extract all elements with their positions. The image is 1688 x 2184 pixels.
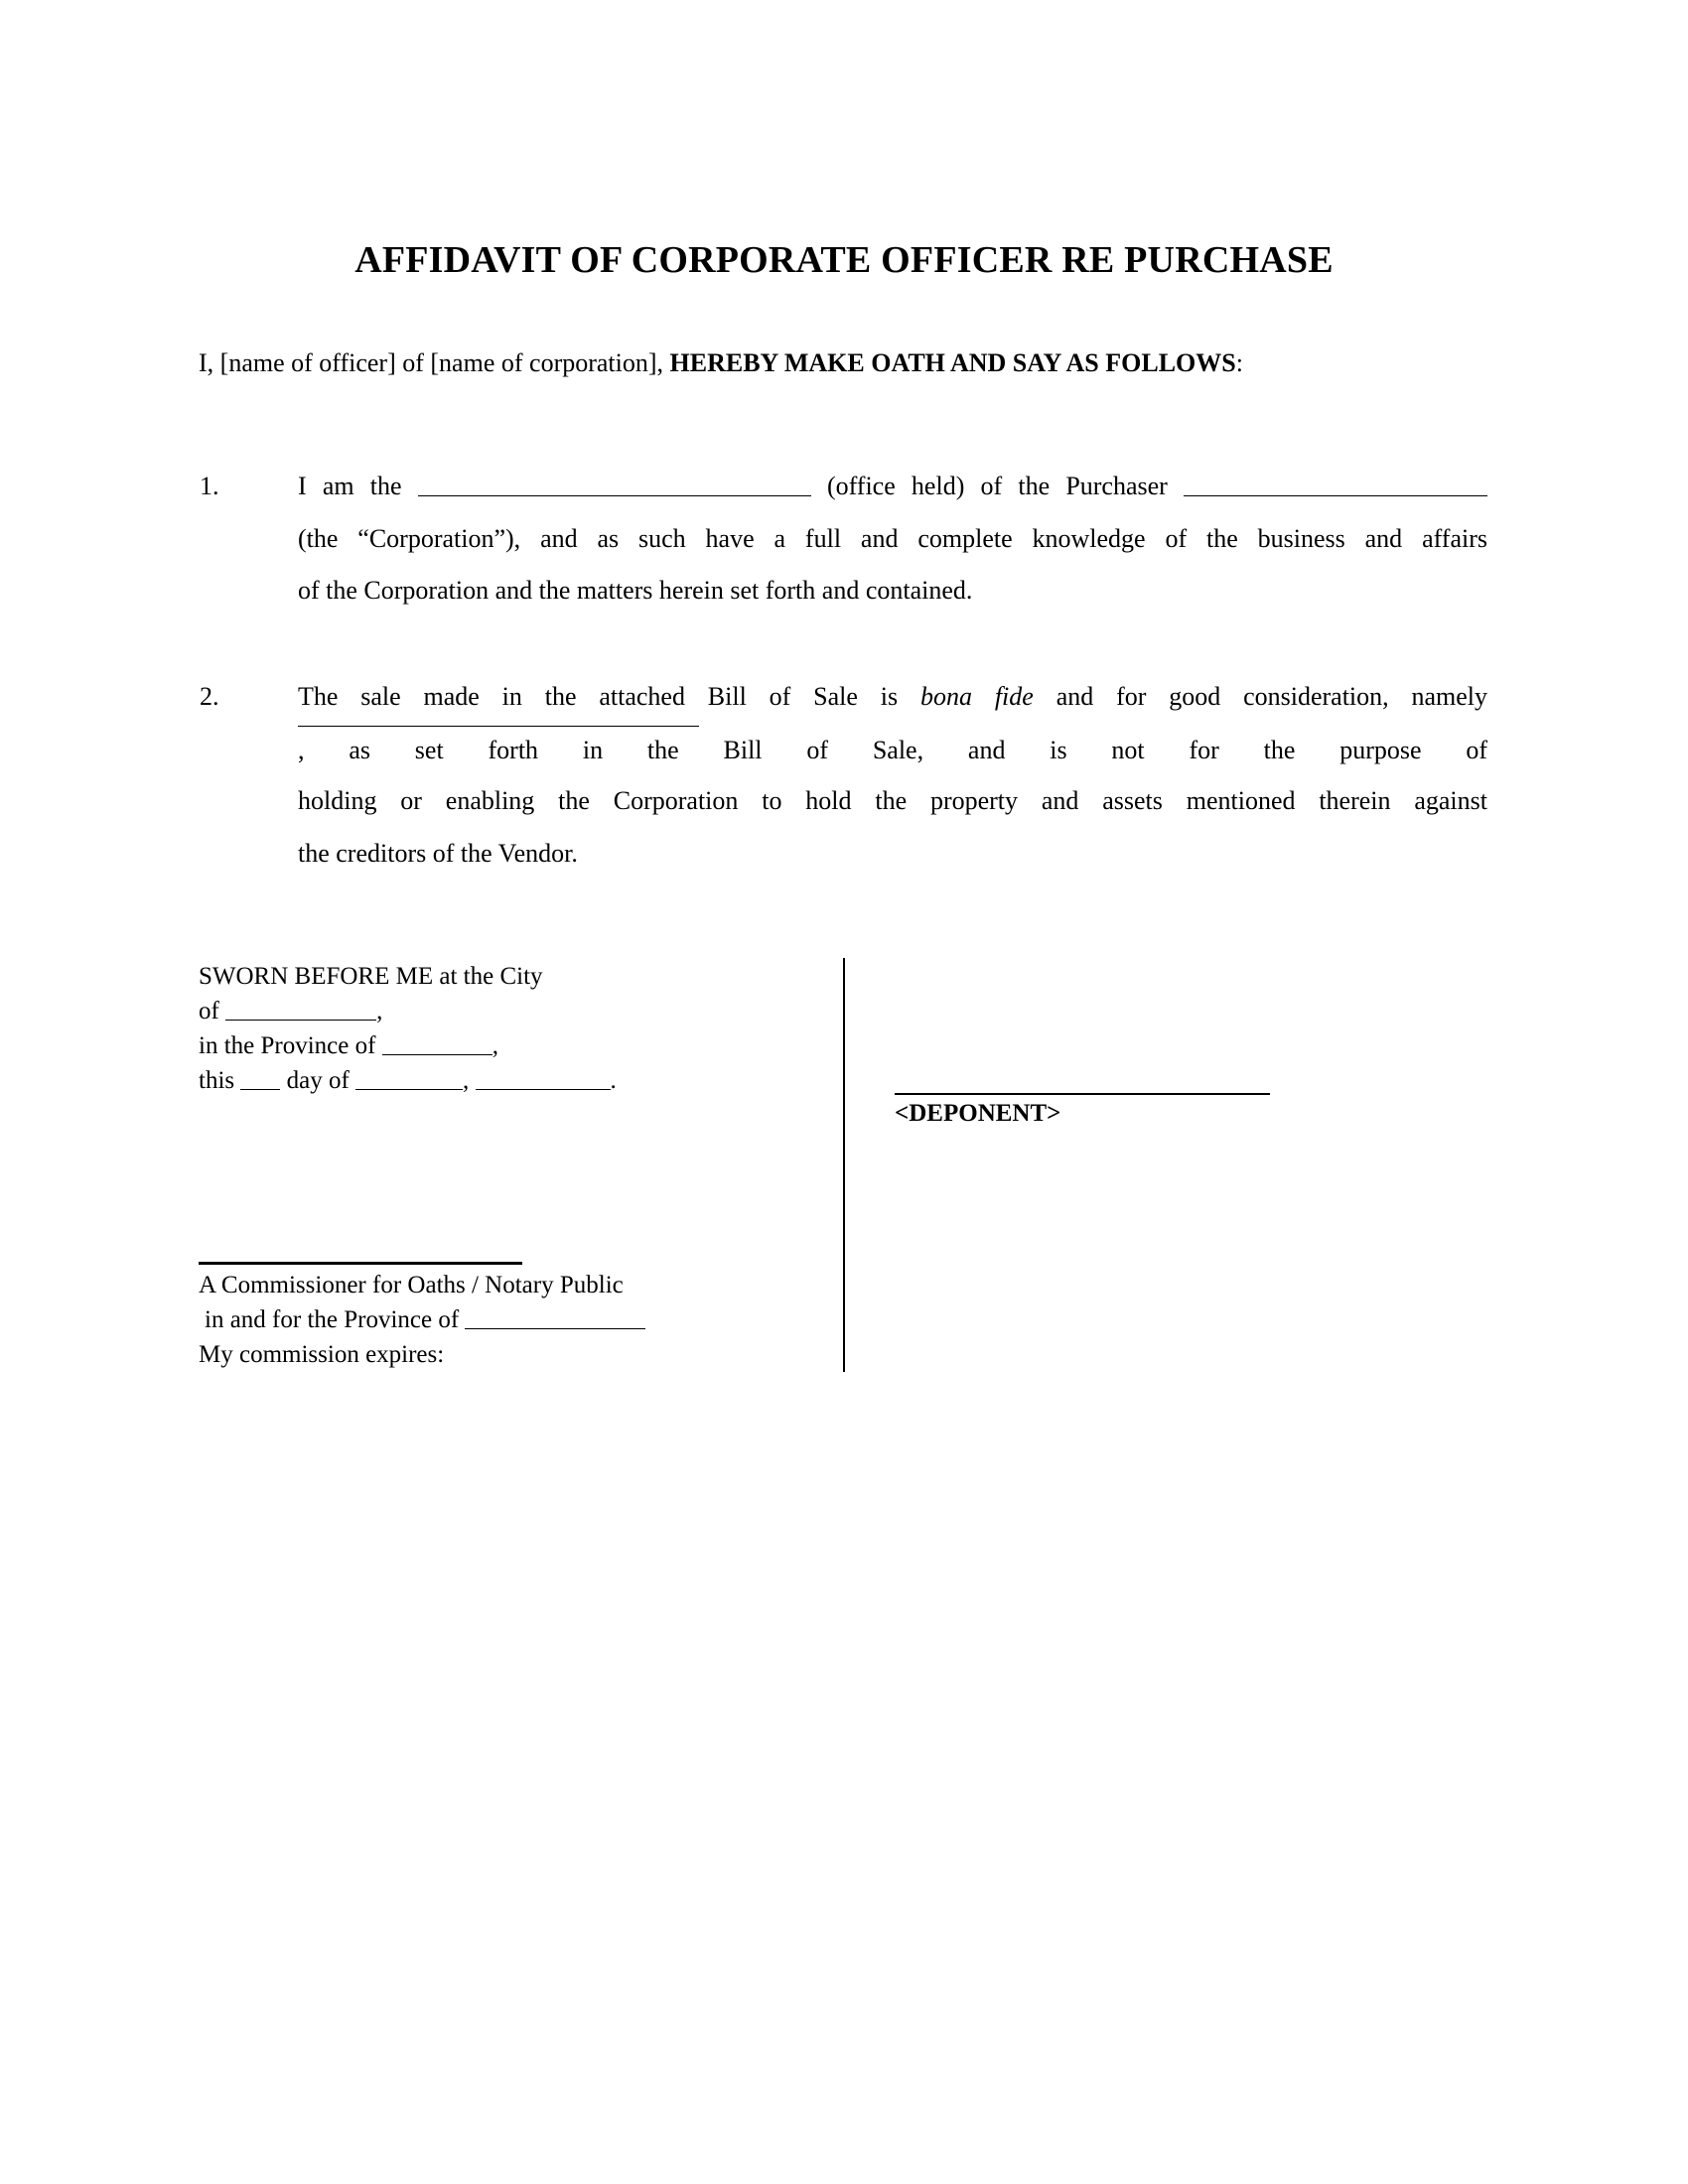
paragraph-2-line-4: the creditors of the Vendor. [298,828,1487,881]
intro-prefix: I, [name of officer] of [name of corpora… [199,348,670,377]
p2-line-2-text: , as set forth in the Bill of Sale, and … [298,725,1487,777]
p2-text-b: and for good consideration, namely [1056,682,1487,711]
jurat-line-1: SWORN BEFORE ME at the City [199,959,617,994]
intro-statement: I, [name of officer] of [name of corpora… [199,345,1243,381]
jurat-period: . [611,1067,617,1094]
document-title: AFFIDAVIT OF CORPORATE OFFICER RE PURCHA… [0,235,1688,285]
commissioner-province-label: in and for the Province of [205,1306,459,1333]
column-divider [843,958,845,1372]
paragraph-2-line-2: , as set forth in the Bill of Sale, and … [298,724,1487,776]
p1-text-a: I am the [298,472,402,500]
paragraph-2-line-3: holding or enabling the Corporation to h… [298,775,1487,828]
intro-suffix: : [1236,348,1243,377]
jurat-comma: , [463,1067,469,1094]
jurat-line-4: this day of , . [199,1063,617,1098]
month-blank[interactable] [355,1089,463,1090]
paragraph-1: I am the (office held) of the Purchaser … [298,461,1487,617]
jurat-block: SWORN BEFORE ME at the City of , in the … [199,959,617,1098]
consideration-blank[interactable] [298,726,699,727]
jurat-this-label: this [199,1067,234,1094]
paragraph-2-line-1: The sale made in the attached Bill of Sa… [298,671,1487,724]
commission-expires: My commission expires: [199,1337,645,1372]
purchaser-name-blank[interactable] [1184,495,1487,496]
jurat-day-of-label: day of [287,1067,350,1094]
jurat-comma: , [376,998,382,1024]
province-blank[interactable] [382,1054,492,1055]
p2-text-bona-fide: bona fide [920,682,1034,711]
paragraph-number-2: 2. [200,679,219,715]
jurat-province-label: in the Province of [199,1032,375,1059]
paragraph-1-line-3: of the Corporation and the matters herei… [298,565,1487,617]
paragraph-2: The sale made in the attached Bill of Sa… [298,671,1487,880]
paragraph-1-line-1: I am the (office held) of the Purchaser [298,461,1487,513]
paragraph-1-line-2: (the “Corporation”), and as such have a … [298,513,1487,566]
year-blank[interactable] [476,1089,611,1090]
office-held-blank[interactable] [418,495,811,496]
paragraph-number-1: 1. [200,469,219,504]
jurat-line-2: of , [199,994,617,1028]
day-blank[interactable] [240,1089,280,1090]
jurat-line-3: in the Province of , [199,1028,617,1063]
commissioner-province-blank[interactable] [465,1328,645,1329]
commissioner-block: A Commissioner for Oaths / Notary Public… [199,1268,645,1372]
intro-oath: HEREBY MAKE OATH AND SAY AS FOLLOWS [670,348,1236,377]
deponent-signature-line[interactable] [895,1093,1270,1095]
p1-text-b: (office held) of the Purchaser [827,472,1168,500]
jurat-of-label: of [199,998,219,1024]
jurat-comma: , [492,1032,498,1059]
p2-text-a: The sale made in the attached Bill of Sa… [298,682,898,711]
deponent-label: <DEPONENT> [895,1096,1060,1131]
commissioner-signature-line[interactable] [199,1262,522,1265]
commissioner-title: A Commissioner for Oaths / Notary Public [199,1268,645,1302]
commissioner-province-line: in and for the Province of [199,1302,645,1337]
city-blank[interactable] [225,1020,376,1021]
